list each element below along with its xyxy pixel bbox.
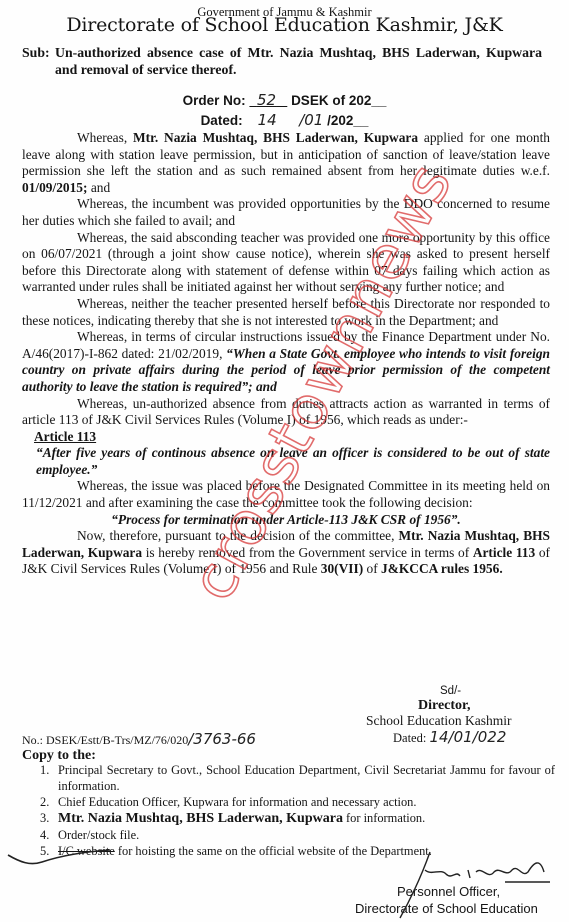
paragraph-3: Whereas, the said absconding teacher was… [22,230,550,296]
directorate-heading: Directorate of School Education Kashmir,… [0,17,569,34]
p8-article: Article 113 [473,545,535,560]
copy-to-item: 1.Principal Secretary to Govt., School E… [40,762,555,794]
paragraph-6: Whereas, un-authorized absence from duti… [22,396,550,429]
reference-number: No.: DSEK/Estt/B-Trs/MZ/76/020/3763-66 [22,731,256,749]
signature-dated-handwritten: 14/01/022 [429,728,506,746]
copy-item-struck: I/C website [58,844,115,858]
copy-item-text: Principal Secretary to Govt., School Edu… [58,763,555,793]
decision-quote: “Process for termination under Article-1… [22,512,550,529]
p1-text-e: and [87,180,110,195]
dated-day-handwritten: 14 [258,111,277,129]
signature-dated: Dated: 14/01/022 [393,729,506,747]
p1-text-a: Whereas, [77,130,133,145]
copy-item-number: 5. [40,843,49,859]
order-number-handwritten: 52 [257,91,276,109]
copy-item-number: 1. [40,762,49,778]
copy-item-text: Chief Education Officer, Kupwara for inf… [58,795,416,809]
personnel-officer-office: Directorate of School Education [355,901,538,918]
signature-dated-label: Dated: [393,731,426,745]
p8-rule: 30(VII) [321,561,363,576]
order-document: Government of Jammu & Kashmir Directorat… [0,0,569,922]
p8-rules-name: J&KCCA rules 1956. [381,561,503,576]
order-body: Whereas, Mtr. Nazia Mushtaq, BHS Laderwa… [22,130,550,578]
reference-handwritten-suffix: /3763-66 [188,730,256,748]
subject-text: Un-authorized absence case of Mtr. Nazia… [55,44,542,78]
copy-item-number: 3. [40,810,49,826]
copy-item-text: for information. [343,811,425,825]
p8-text-a: Now, therefore, pursuant to the decision… [77,528,398,543]
subject-label: Sub: [22,44,50,61]
dated-year: /202__ [327,113,368,128]
p1-teacher-name: Mtr. Nazia Mushtaq, BHS Laderwan, Kupwar… [133,130,418,145]
p1-date: 01/09/2015; [22,180,87,195]
copy-to-item: 5.I/C website for hoisting the same on t… [40,843,555,859]
paragraph-4: Whereas, neither the teacher presented h… [22,296,550,329]
paragraph-8: Now, therefore, pursuant to the decision… [22,528,550,578]
copy-item-number: 2. [40,794,49,810]
subject-line: Sub: Un-authorized absence case of Mtr. … [22,44,542,78]
order-label: Order No: [183,93,246,108]
dated-month-handwritten: 01 [304,111,323,129]
article-quote: “After five years of continous absence o… [36,445,550,478]
order-suffix: DSEK of 202__ [291,93,386,108]
copy-to-item: 2.Chief Education Officer, Kupwara for i… [40,794,555,810]
copy-to-item: 3.Mtr. Nazia Mushtaq, BHS Laderwan, Kupw… [40,810,555,827]
p8-text-g: of [363,561,381,576]
copy-item-text: for hoisting the same on the official we… [115,844,432,858]
copy-to-list: 1.Principal Secretary to Govt., School E… [40,762,555,859]
copy-item-number: 4. [40,827,49,843]
paragraph-5: Whereas, in terms of circular instructio… [22,329,550,395]
dated-label: Dated: [201,113,243,128]
article-heading: Article 113 [34,429,550,446]
paragraph-1: Whereas, Mtr. Nazia Mushtaq, BHS Laderwa… [22,130,550,196]
order-dated-line: Dated: 14 /01 /202__ [0,112,569,130]
order-number-blank: 52 [249,93,287,108]
copy-to-item: 4.Order/stock file. [40,827,555,843]
personnel-officer-title: Personnel Officer, [397,884,500,901]
copy-item-text: Order/stock file. [58,828,139,842]
order-number-line: Order No: 52 DSEK of 202__ [0,92,569,110]
copy-item-bold: Mtr. Nazia Mushtaq, BHS Laderwan, Kupwar… [58,811,343,826]
paragraph-2: Whereas, the incumbent was provided oppo… [22,196,550,229]
reference-number-text: No.: DSEK/Estt/B-Trs/MZ/76/020 [22,733,188,747]
p8-text-c: is hereby removed from the Government se… [142,545,473,560]
paragraph-7: Whereas, the issue was placed before the… [22,478,550,511]
